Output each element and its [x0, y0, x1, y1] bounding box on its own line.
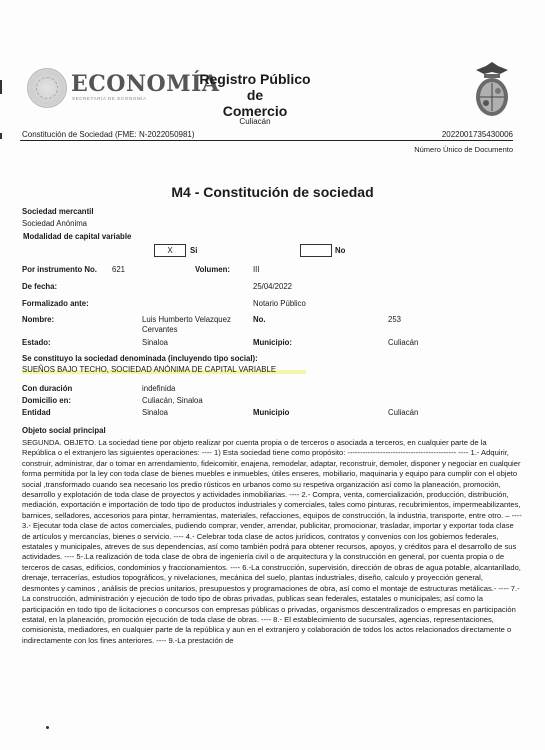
- entity-municipality-label: Municipio: [253, 408, 289, 417]
- variable-capital-yes-checkbox[interactable]: X: [154, 244, 186, 257]
- document-number-label: Número Único de Documento: [414, 145, 513, 154]
- mexico-seal-icon: [27, 68, 67, 108]
- purpose-text: SEGUNDA. OBJETO. La sociedad tiene por o…: [22, 438, 522, 646]
- company-name-value: SUEÑOS BAJO TECHO, SOCIEDAD ANÓNIMA DE C…: [22, 365, 306, 374]
- variable-capital-no-checkbox[interactable]: [300, 244, 332, 257]
- entity-value: Sinaloa: [142, 408, 168, 417]
- document-number: 2022001735430006: [442, 130, 513, 139]
- registry-city: Culiacán: [190, 117, 320, 126]
- no-label: No: [335, 246, 345, 255]
- municipality-value: Culiacán: [388, 338, 418, 347]
- company-type-value: Sociedad Anónima: [22, 219, 87, 228]
- company-type-label: Sociedad mercantil: [22, 207, 94, 216]
- notary-number-label: No.: [253, 315, 266, 324]
- yes-label: Si: [190, 246, 197, 255]
- date-label: De fecha:: [22, 282, 57, 291]
- formalized-label: Formalizado ante:: [22, 299, 89, 308]
- state-label: Estado:: [22, 338, 51, 347]
- date-value: 25/04/2022: [253, 282, 292, 291]
- municipality-label: Municipio:: [253, 338, 292, 347]
- duration-label: Con duración: [22, 384, 72, 393]
- notary-name-line1: Luis Humberto Velazquez: [142, 315, 231, 325]
- entity-label: Entidad: [22, 408, 51, 417]
- instrument-label: Por instrumento No.: [22, 265, 97, 274]
- duration-value: indefinida: [142, 384, 175, 393]
- instrument-value: 621: [112, 265, 125, 274]
- scan-speck: [46, 726, 49, 729]
- header-divider: [20, 140, 513, 141]
- scan-edge-mark: [0, 80, 2, 94]
- procedure-label: Constitución de Sociedad (FME: N-2022050…: [22, 130, 195, 139]
- notary-number-value: 253: [388, 315, 401, 324]
- registry-title: Registro Público de Comercio: [190, 71, 320, 119]
- notary-name-label: Nombre:: [22, 315, 54, 324]
- economia-logo-subtitle: Secretaría de Economía: [72, 96, 147, 101]
- entity-municipality-value: Culiacán: [388, 408, 418, 417]
- company-name-label: Se constituyo la sociedad denominada (in…: [22, 354, 258, 363]
- domicile-value: Culiacán, Sinaloa: [142, 396, 203, 405]
- notary-name-value: Luis Humberto Velazquez Cervantes: [142, 315, 231, 335]
- variable-capital-label: Modalidad de capital variable: [23, 232, 131, 241]
- page-title: M4 - Constitución de sociedad: [0, 184, 545, 200]
- formalized-value: Notario Público: [253, 299, 306, 308]
- sinaloa-coat-of-arms-icon: [472, 60, 512, 118]
- registry-title-line1: Registro Público de: [190, 71, 320, 103]
- notary-name-line2: Cervantes: [142, 325, 231, 335]
- domicile-label: Domicilio en:: [22, 396, 71, 405]
- volume-value: III: [253, 265, 260, 274]
- state-value: Sinaloa: [142, 338, 168, 347]
- scan-edge-mark: [0, 133, 2, 139]
- volume-label: Volumen:: [195, 265, 230, 274]
- purpose-label: Objeto social principal: [22, 426, 106, 435]
